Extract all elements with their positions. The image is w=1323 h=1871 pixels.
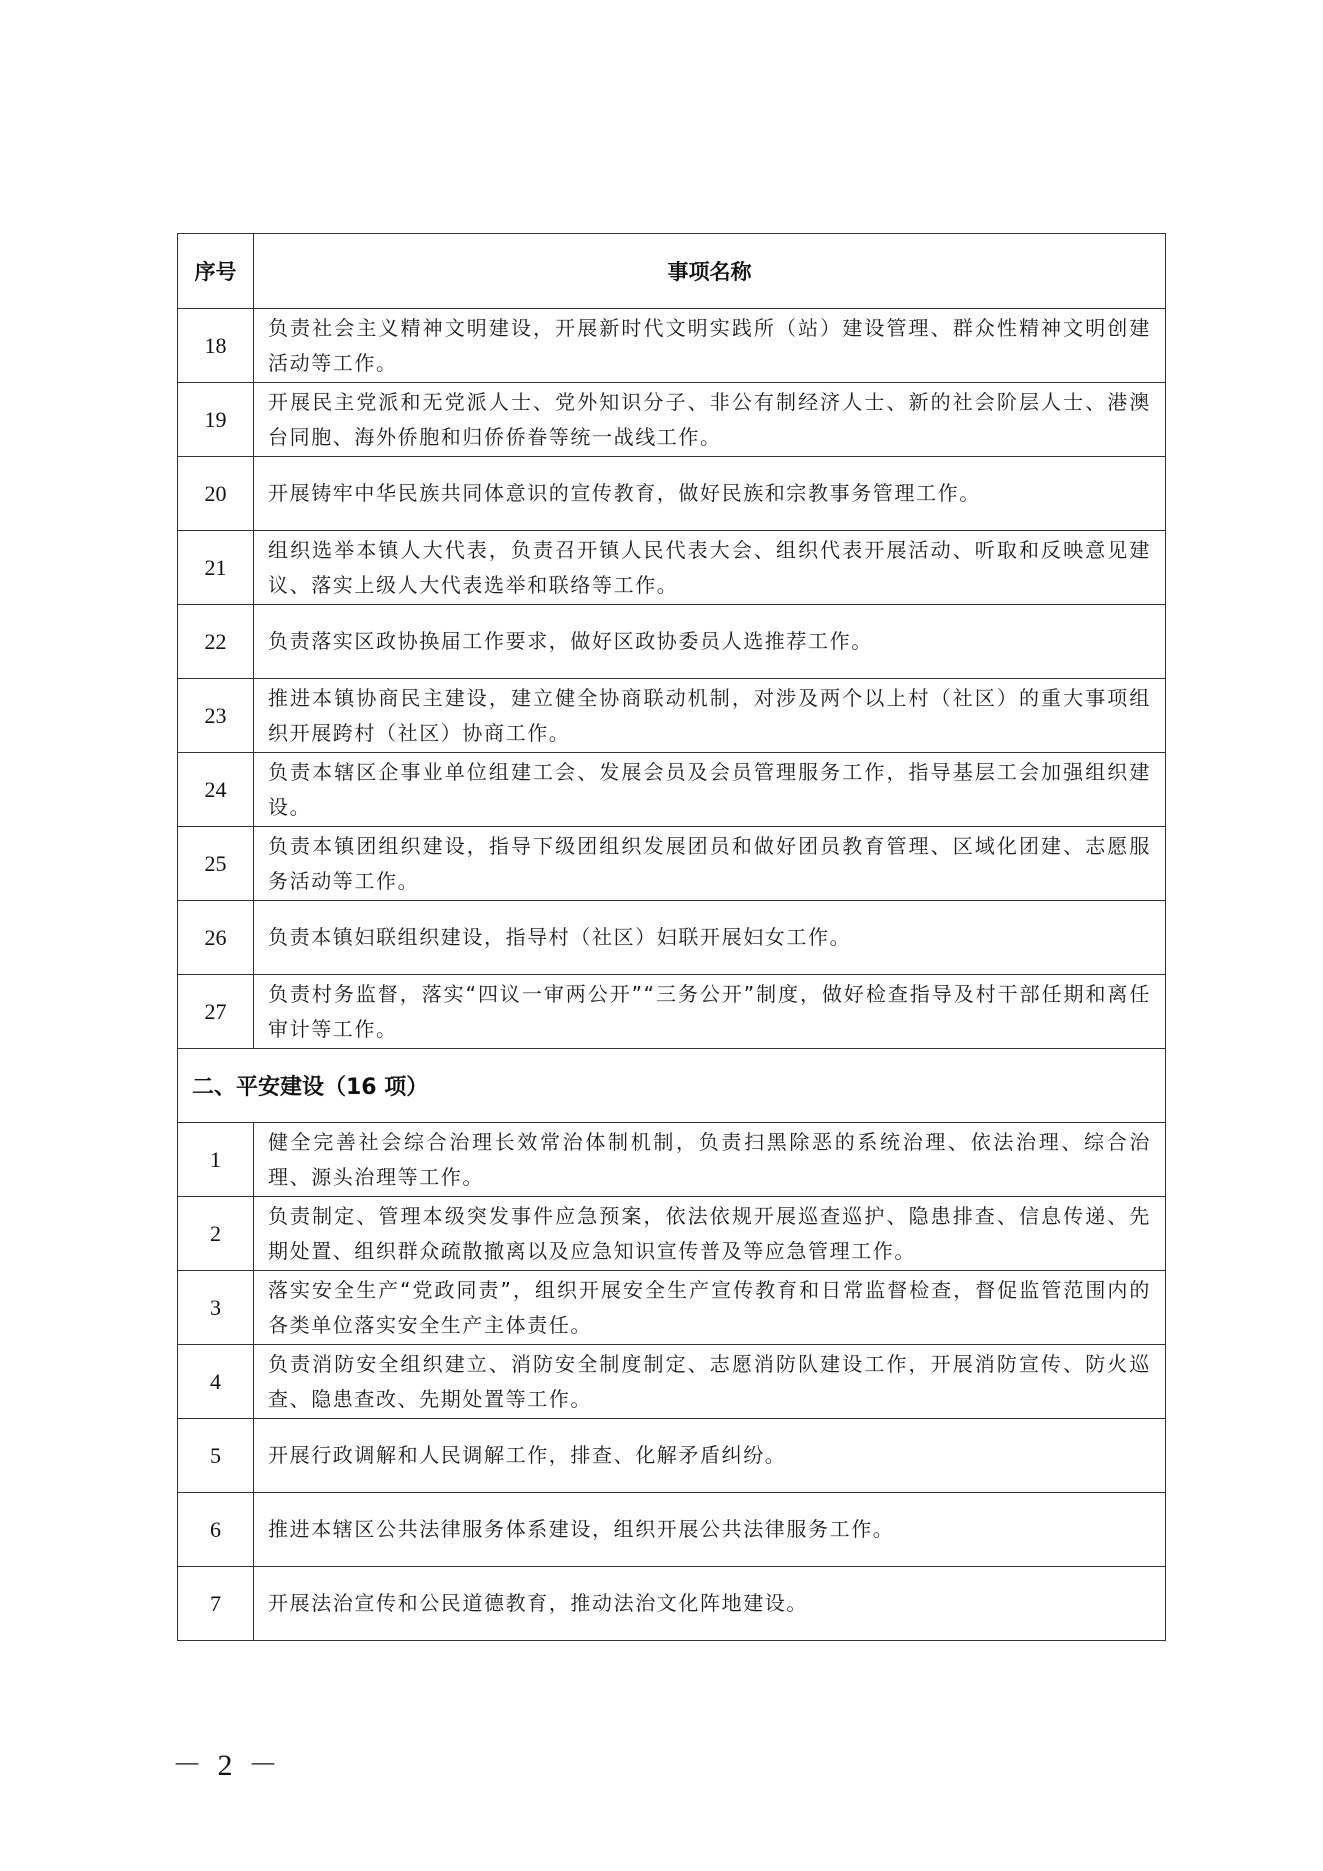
table-row: 7 开展法治宣传和公民道德教育，推动法治文化阵地建设。 — [178, 1567, 1166, 1641]
row-number: 7 — [178, 1567, 254, 1641]
row-name: 负责消防安全组织建立、消防安全制度制定、志愿消防队建设工作，开展消防宣传、防火巡… — [254, 1345, 1166, 1419]
table-row: 4 负责消防安全组织建立、消防安全制度制定、志愿消防队建设工作，开展消防宣传、防… — [178, 1345, 1166, 1419]
row-name: 负责制定、管理本级突发事件应急预案，依法依规开展巡查巡护、隐患排查、信息传递、先… — [254, 1197, 1166, 1271]
table-row: 25 负责本镇团组织建设，指导下级团组织发展团员和做好团员教育管理、区域化团建、… — [178, 827, 1166, 901]
row-name: 负责村务监督，落实“四议一审两公开”“三务公开”制度，做好检查指导及村干部任期和… — [254, 975, 1166, 1049]
row-number: 19 — [178, 383, 254, 457]
table-header-row: 序号 事项名称 — [178, 234, 1166, 309]
row-name: 开展民主党派和无党派人士、党外知识分子、非公有制经济人士、新的社会阶层人士、港澳… — [254, 383, 1166, 457]
row-number: 3 — [178, 1271, 254, 1345]
row-number: 18 — [178, 309, 254, 383]
table-row: 22 负责落实区政协换届工作要求，做好区政协委员人选推荐工作。 — [178, 605, 1166, 679]
table-row: 24 负责本辖区企事业单位组建工会、发展会员及会员管理服务工作，指导基层工会加强… — [178, 753, 1166, 827]
row-number: 25 — [178, 827, 254, 901]
row-name: 推进本镇协商民主建设，建立健全协商联动机制，对涉及两个以上村（社区）的重大事项组… — [254, 679, 1166, 753]
table-row: 19 开展民主党派和无党派人士、党外知识分子、非公有制经济人士、新的社会阶层人士… — [178, 383, 1166, 457]
duties-table: 序号 事项名称 18 负责社会主义精神文明建设，开展新时代文明实践所（站）建设管… — [177, 233, 1166, 1641]
row-number: 2 — [178, 1197, 254, 1271]
row-number: 21 — [178, 531, 254, 605]
row-name: 开展法治宣传和公民道德教育，推动法治文化阵地建设。 — [254, 1567, 1166, 1641]
row-name: 开展铸牢中华民族共同体意识的宣传教育，做好民族和宗教事务管理工作。 — [254, 457, 1166, 531]
row-name: 负责社会主义精神文明建设，开展新时代文明实践所（站）建设管理、群众性精神文明创建… — [254, 309, 1166, 383]
table-row: 20 开展铸牢中华民族共同体意识的宣传教育，做好民族和宗教事务管理工作。 — [178, 457, 1166, 531]
table-row: 23 推进本镇协商民主建设，建立健全协商联动机制，对涉及两个以上村（社区）的重大… — [178, 679, 1166, 753]
section-heading-row: 二、平安建设（16 项） — [178, 1049, 1166, 1123]
row-number: 20 — [178, 457, 254, 531]
table-row: 27 负责村务监督，落实“四议一审两公开”“三务公开”制度，做好检查指导及村干部… — [178, 975, 1166, 1049]
table-row: 21 组织选举本镇人大代表，负责召开镇人民代表大会、组织代表开展活动、听取和反映… — [178, 531, 1166, 605]
table-row: 5 开展行政调解和人民调解工作，排查、化解矛盾纠纷。 — [178, 1419, 1166, 1493]
table-row: 18 负责社会主义精神文明建设，开展新时代文明实践所（站）建设管理、群众性精神文… — [178, 309, 1166, 383]
row-number: 23 — [178, 679, 254, 753]
row-number: 22 — [178, 605, 254, 679]
table-row: 26 负责本镇妇联组织建设，指导村（社区）妇联开展妇女工作。 — [178, 901, 1166, 975]
header-name: 事项名称 — [254, 234, 1166, 309]
row-number: 1 — [178, 1123, 254, 1197]
row-name: 落实安全生产“党政同责”，组织开展安全生产宣传教育和日常监督检查，督促监管范围内… — [254, 1271, 1166, 1345]
row-number: 24 — [178, 753, 254, 827]
header-number: 序号 — [178, 234, 254, 309]
row-number: 4 — [178, 1345, 254, 1419]
row-name: 开展行政调解和人民调解工作，排查、化解矛盾纠纷。 — [254, 1419, 1166, 1493]
table-row: 3 落实安全生产“党政同责”，组织开展安全生产宣传教育和日常监督检查，督促监管范… — [178, 1271, 1166, 1345]
row-number: 6 — [178, 1493, 254, 1567]
row-name: 健全完善社会综合治理长效常治体制机制，负责扫黑除恶的系统治理、依法治理、综合治理… — [254, 1123, 1166, 1197]
row-name: 负责本镇团组织建设，指导下级团组织发展团员和做好团员教育管理、区域化团建、志愿服… — [254, 827, 1166, 901]
table-row: 6 推进本辖区公共法律服务体系建设，组织开展公共法律服务工作。 — [178, 1493, 1166, 1567]
page-number: － 2 － — [172, 1740, 282, 1784]
row-name: 负责落实区政协换届工作要求，做好区政协委员人选推荐工作。 — [254, 605, 1166, 679]
row-name: 负责本辖区企事业单位组建工会、发展会员及会员管理服务工作，指导基层工会加强组织建… — [254, 753, 1166, 827]
row-name: 组织选举本镇人大代表，负责召开镇人民代表大会、组织代表开展活动、听取和反映意见建… — [254, 531, 1166, 605]
row-number: 26 — [178, 901, 254, 975]
row-name: 负责本镇妇联组织建设，指导村（社区）妇联开展妇女工作。 — [254, 901, 1166, 975]
table-row: 2 负责制定、管理本级突发事件应急预案，依法依规开展巡查巡护、隐患排查、信息传递… — [178, 1197, 1166, 1271]
section-title: 二、平安建设（16 项） — [178, 1049, 1166, 1123]
row-number: 5 — [178, 1419, 254, 1493]
row-name: 推进本辖区公共法律服务体系建设，组织开展公共法律服务工作。 — [254, 1493, 1166, 1567]
row-number: 27 — [178, 975, 254, 1049]
table-row: 1 健全完善社会综合治理长效常治体制机制，负责扫黑除恶的系统治理、依法治理、综合… — [178, 1123, 1166, 1197]
